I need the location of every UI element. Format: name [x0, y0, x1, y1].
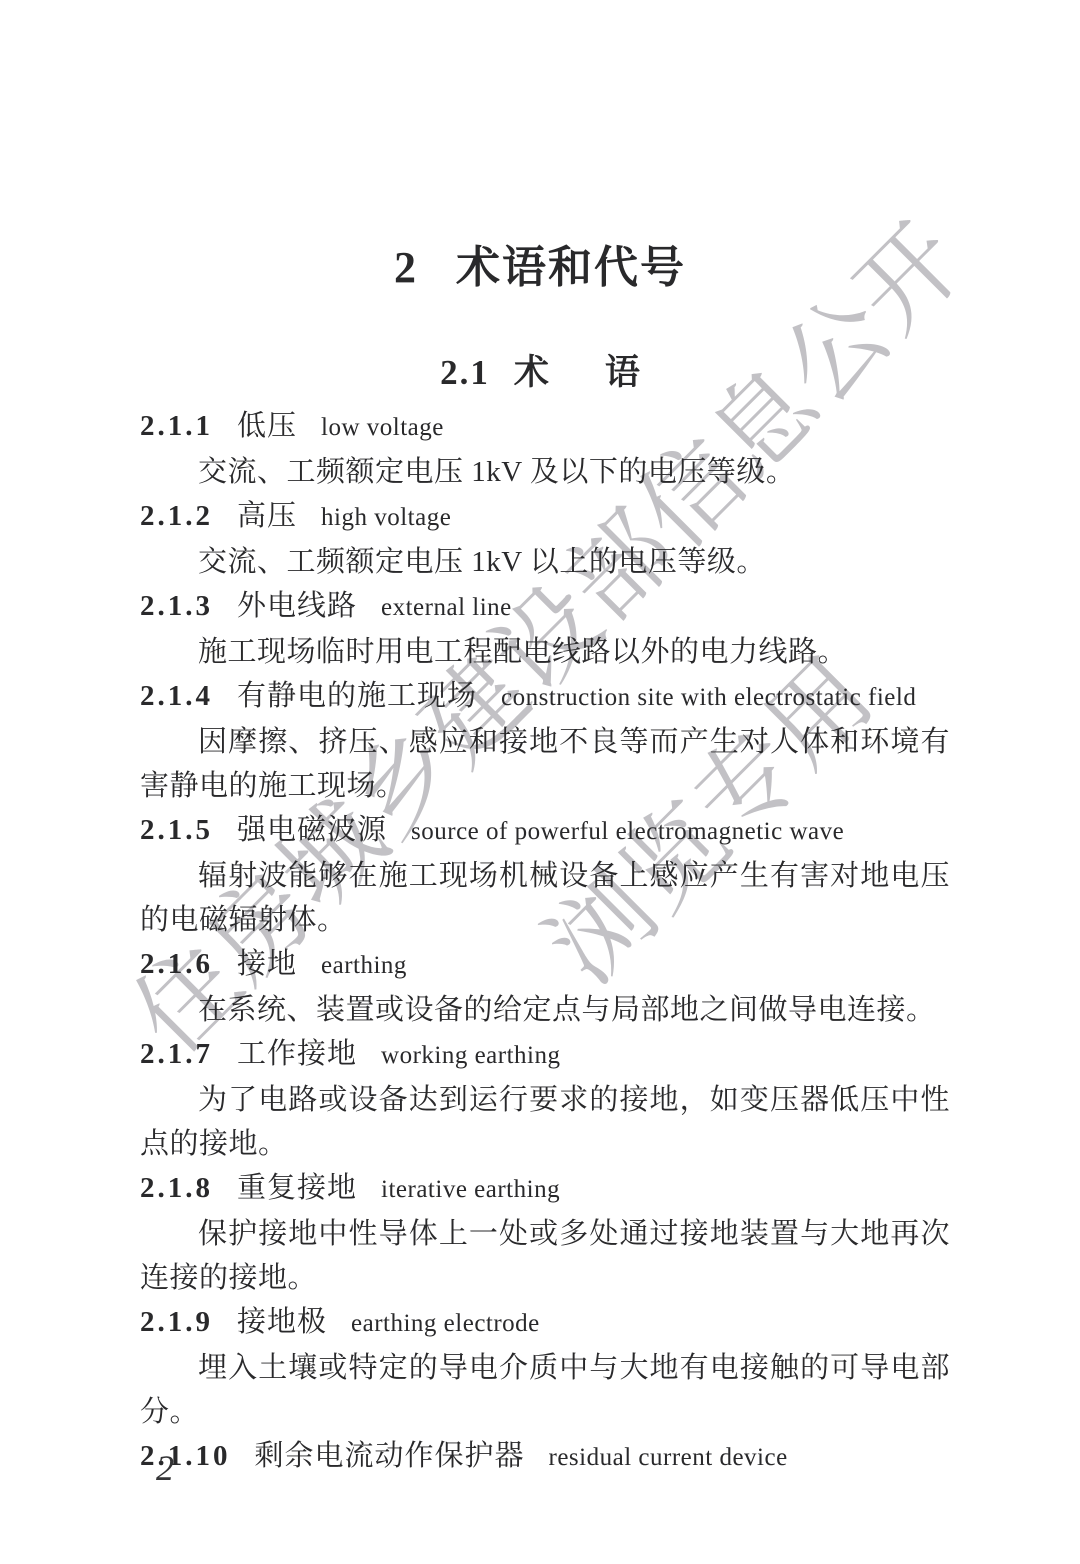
term-definition: 保护接地中性导体上一处或多处通过接地装置与大地再次连接的接地。 [140, 1212, 950, 1300]
term-definition: 交流、工频额定电压 1kV 及以下的电压等级。 [140, 450, 950, 494]
chapter-number: 2 [394, 243, 418, 292]
term-zh: 重复接地 [237, 1172, 357, 1204]
term-heading: 2.1.4有静电的施工现场construction site with elec… [140, 674, 950, 720]
term-number: 2.1.3 [140, 590, 213, 622]
term-definition: 辐射波能够在施工现场机械设备上感应产生有害对地电压的电磁辐射体。 [140, 854, 950, 942]
term-number: 2.1.5 [140, 814, 213, 846]
term-number: 2.1.4 [140, 680, 213, 712]
term-heading: 2.1.5强电磁波源source of powerful electromagn… [140, 808, 950, 854]
term-en: source of powerful electromagnetic wave [411, 818, 844, 845]
term-row: 2.1.8重复接地iterative earthing 保护接地中性导体上一处或… [140, 1166, 950, 1300]
term-heading: 2.1.3外电线路external line [140, 584, 950, 630]
term-en: residual current device [549, 1444, 788, 1471]
page-number: 2 [156, 1446, 174, 1490]
term-en: working earthing [381, 1042, 560, 1069]
term-definition: 交流、工频额定电压 1kV 以上的电压等级。 [140, 540, 950, 584]
page: 住房城乡建设部信息公开 浏览专用 2术语和代号 2.1术语 2.1.1低压low… [0, 0, 1080, 1564]
chapter-title: 2术语和代号 [0, 242, 1080, 294]
term-en: iterative earthing [381, 1176, 560, 1203]
term-zh: 剩余电流动作保护器 [255, 1440, 525, 1472]
term-definition: 因摩擦、挤压、感应和接地不良等而产生对人体和环境有害静电的施工现场。 [140, 720, 950, 808]
term-row: 2.1.7工作接地working earthing 为了电路或设备达到运行要求的… [140, 1032, 950, 1166]
term-row: 2.1.5强电磁波源source of powerful electromagn… [140, 808, 950, 942]
term-number: 2.1.6 [140, 948, 213, 980]
term-heading: 2.1.9接地极earthing electrode [140, 1300, 950, 1346]
term-heading: 2.1.6接地earthing [140, 942, 950, 988]
term-heading: 2.1.2高压high voltage [140, 494, 950, 540]
section-title-part2: 语 [605, 353, 640, 392]
term-en: earthing [321, 952, 407, 979]
term-zh: 高压 [237, 500, 297, 532]
term-row: 2.1.2高压high voltage 交流、工频额定电压 1kV 以上的电压等… [140, 494, 950, 584]
term-number: 2.1.1 [140, 410, 213, 442]
term-heading: 2.1.7工作接地working earthing [140, 1032, 950, 1078]
term-definition: 施工现场临时用电工程配电线路以外的电力线路。 [140, 630, 950, 674]
term-zh: 低压 [237, 410, 297, 442]
term-number: 2.1.2 [140, 500, 213, 532]
term-row: 2.1.10剩余电流动作保护器residual current device [140, 1434, 950, 1480]
term-en: earthing electrode [351, 1310, 540, 1337]
chapter-title-text: 术语和代号 [456, 243, 686, 292]
term-number: 2.1.9 [140, 1306, 213, 1338]
term-row: 2.1.3外电线路external line 施工现场临时用电工程配电线路以外的… [140, 584, 950, 674]
section-heading: 2.1术语 [0, 352, 1080, 394]
term-en: external line [381, 594, 512, 621]
term-heading: 2.1.10剩余电流动作保护器residual current device [140, 1434, 950, 1480]
section-number: 2.1 [440, 353, 490, 392]
term-row: 2.1.6接地earthing 在系统、装置或设备的给定点与局部地之间做导电连接… [140, 942, 950, 1032]
term-zh: 外电线路 [237, 590, 357, 622]
term-en: construction site with electrostatic fie… [501, 684, 916, 711]
section-title-part1: 术 [514, 353, 549, 392]
term-heading: 2.1.8重复接地iterative earthing [140, 1166, 950, 1212]
term-row: 2.1.4有静电的施工现场construction site with elec… [140, 674, 950, 808]
term-definition: 埋入土壤或特定的导电介质中与大地有电接触的可导电部分。 [140, 1346, 950, 1434]
term-zh: 强电磁波源 [237, 814, 387, 846]
term-row: 2.1.1低压low voltage 交流、工频额定电压 1kV 及以下的电压等… [140, 404, 950, 494]
term-zh: 接地极 [237, 1306, 327, 1338]
term-heading: 2.1.1低压low voltage [140, 404, 950, 450]
term-zh: 工作接地 [237, 1038, 357, 1070]
term-en: high voltage [321, 504, 451, 531]
term-row: 2.1.9接地极earthing electrode 埋入土壤或特定的导电介质中… [140, 1300, 950, 1434]
term-definition: 为了电路或设备达到运行要求的接地，如变压器低压中性点的接地。 [140, 1078, 950, 1166]
term-zh: 有静电的施工现场 [237, 680, 477, 712]
term-en: low voltage [321, 414, 444, 441]
term-number: 2.1.10 [140, 1440, 231, 1472]
term-zh: 接地 [237, 948, 297, 980]
term-number: 2.1.8 [140, 1172, 213, 1204]
terms-list: 2.1.1低压low voltage 交流、工频额定电压 1kV 及以下的电压等… [140, 404, 950, 1480]
term-definition: 在系统、装置或设备的给定点与局部地之间做导电连接。 [140, 988, 950, 1032]
term-number: 2.1.7 [140, 1038, 213, 1070]
